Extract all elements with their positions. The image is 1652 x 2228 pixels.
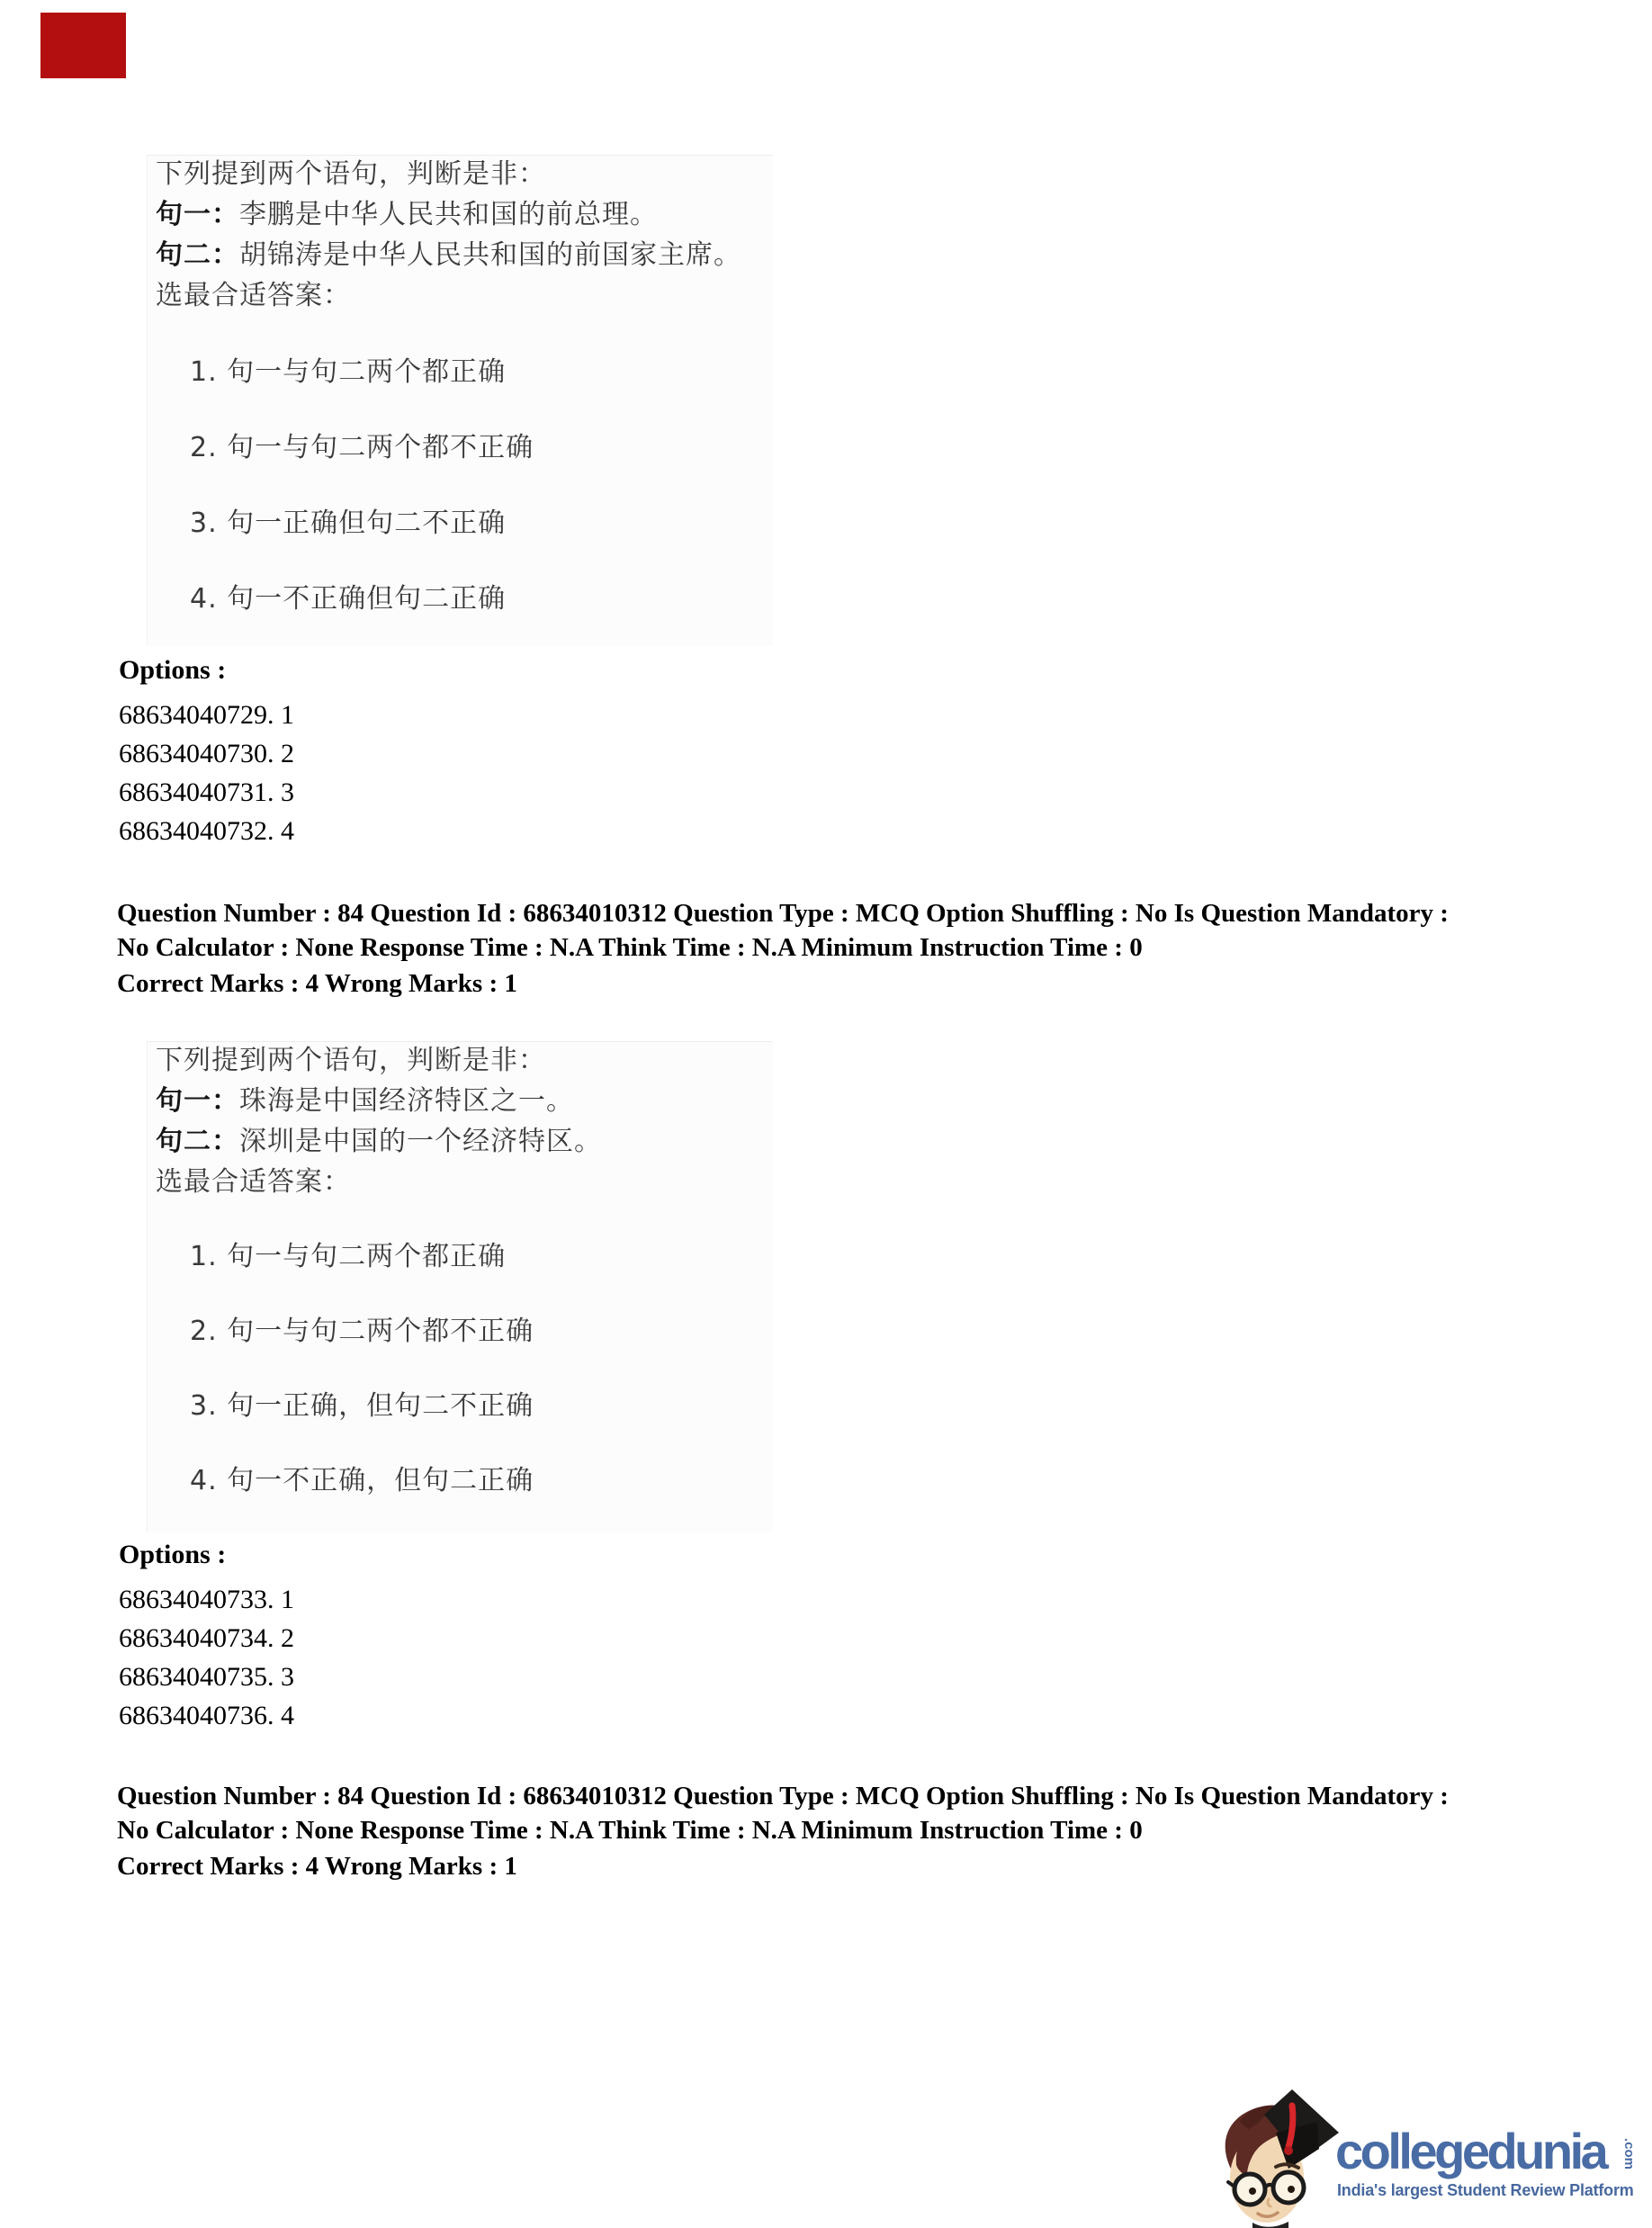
options-label: Options : [119,656,294,685]
sentence-1-text: 珠海是中国经济特区之一。 [239,1085,574,1117]
option-id: 68634040734. 2 [119,1619,294,1658]
question-2-intro: 下列提到两个语句，判断是非： [156,1040,602,1081]
metadata-line: No Calculator : None Response Time : N.A… [117,1813,1521,1847]
question-2-sentence-1: 句一：珠海是中国经济特区之一。 [156,1081,602,1121]
option-id: 68634040730. 2 [119,734,294,773]
sentence-1-label: 句一： [156,1085,239,1117]
choice-item: 2. 句一与句二两个都不正确 [190,1317,534,1345]
question-2-select-text: 选最合适答案： [156,1166,351,1198]
question-1-select-text: 选最合适答案： [156,280,351,311]
question-2-prompt: 下列提到两个语句，判断是非： 句一：珠海是中国经济特区之一。 句二：深圳是中国的… [156,1040,602,1202]
option-id: 68634040732. 4 [119,812,294,850]
choice-item: 4. 句一不正确但句二正确 [190,585,534,613]
question-1-options-list: Options : 68634040729. 1 68634040730. 2 … [119,656,294,850]
question-2-options-list: Options : 68634040733. 1 68634040734. 2 … [119,1541,294,1735]
metadata-marks-line: Correct Marks : 4 Wrong Marks : 1 [117,966,1521,1001]
metadata-line: No Calculator : None Response Time : N.A… [117,930,1521,965]
sentence-2-text: 深圳是中国的一个经济特区。 [239,1126,602,1157]
document-page: 下列提到两个语句，判断是非： 句一：李鹏是中华人民共和国的前总理。 句二：胡锦涛… [0,0,1652,2228]
option-id: 68634040733. 1 [119,1580,294,1619]
collegedunia-tagline: India's largest Student Review Platform [1337,2181,1634,2200]
metadata-line: Question Number : 84 Question Id : 68634… [117,1779,1521,1813]
sentence-1-text: 李鹏是中华人民共和国的前总理。 [239,199,658,230]
choice-item: 2. 句一与句二两个都不正确 [190,434,534,462]
sentence-2-label: 句二： [156,239,239,271]
metadata-marks-line: Correct Marks : 4 Wrong Marks : 1 [117,1849,1521,1883]
choice-item: 1. 句一与句二两个都正确 [190,1243,534,1271]
question-2-select-prompt: 选最合适答案： [156,1162,602,1202]
choice-item: 3. 句一正确但句二不正确 [190,509,534,537]
choice-item: 1. 句一与句二两个都正确 [190,358,534,386]
question-2-sentence-2: 句二：深圳是中国的一个经济特区。 [156,1121,602,1162]
question-2-metadata: Question Number : 84 Question Id : 68634… [117,1779,1521,1883]
question-1-select-prompt: 选最合适答案： [156,275,741,316]
sentence-2-label: 句二： [156,1126,239,1157]
question-1-intro-text: 下列提到两个语句，判断是非： [156,158,546,190]
option-id: 68634040729. 1 [119,696,294,734]
question-1-choices: 1. 句一与句二两个都正确 2. 句一与句二两个都不正确 3. 句一正确但句二不… [190,358,534,660]
collegedunia-wordmark: collegedunia [1335,2122,1605,2180]
collegedunia-logo: collegedunia .com India's largest Studen… [1206,2079,1652,2228]
question-1-sentence-2: 句二：胡锦涛是中华人民共和国的前国家主席。 [156,235,741,275]
question-2-intro-text: 下列提到两个语句，判断是非： [156,1045,546,1076]
options-label: Options : [119,1541,294,1569]
question-2-choices: 1. 句一与句二两个都正确 2. 句一与句二两个都不正确 3. 句一正确，但句二… [190,1243,534,1541]
question-1-intro: 下列提到两个语句，判断是非： [156,154,741,194]
collegedunia-tld: .com [1621,2138,1637,2170]
sentence-1-label: 句一： [156,199,239,230]
question-1-metadata: Question Number : 84 Question Id : 68634… [117,896,1521,1001]
option-id: 68634040736. 4 [119,1696,294,1735]
mascot-icon [1213,2082,1350,2228]
option-id: 68634040735. 3 [119,1658,294,1696]
sentence-2-text: 胡锦涛是中华人民共和国的前国家主席。 [239,239,741,271]
option-id: 68634040731. 3 [119,773,294,812]
choice-item: 4. 句一不正确，但句二正确 [190,1467,534,1495]
choice-item: 3. 句一正确，但句二不正确 [190,1392,534,1420]
metadata-line: Question Number : 84 Question Id : 68634… [117,896,1521,930]
question-1-sentence-1: 句一：李鹏是中华人民共和国的前总理。 [156,194,741,235]
question-1-prompt: 下列提到两个语句，判断是非： 句一：李鹏是中华人民共和国的前总理。 句二：胡锦涛… [156,154,741,316]
red-marker [40,13,126,78]
